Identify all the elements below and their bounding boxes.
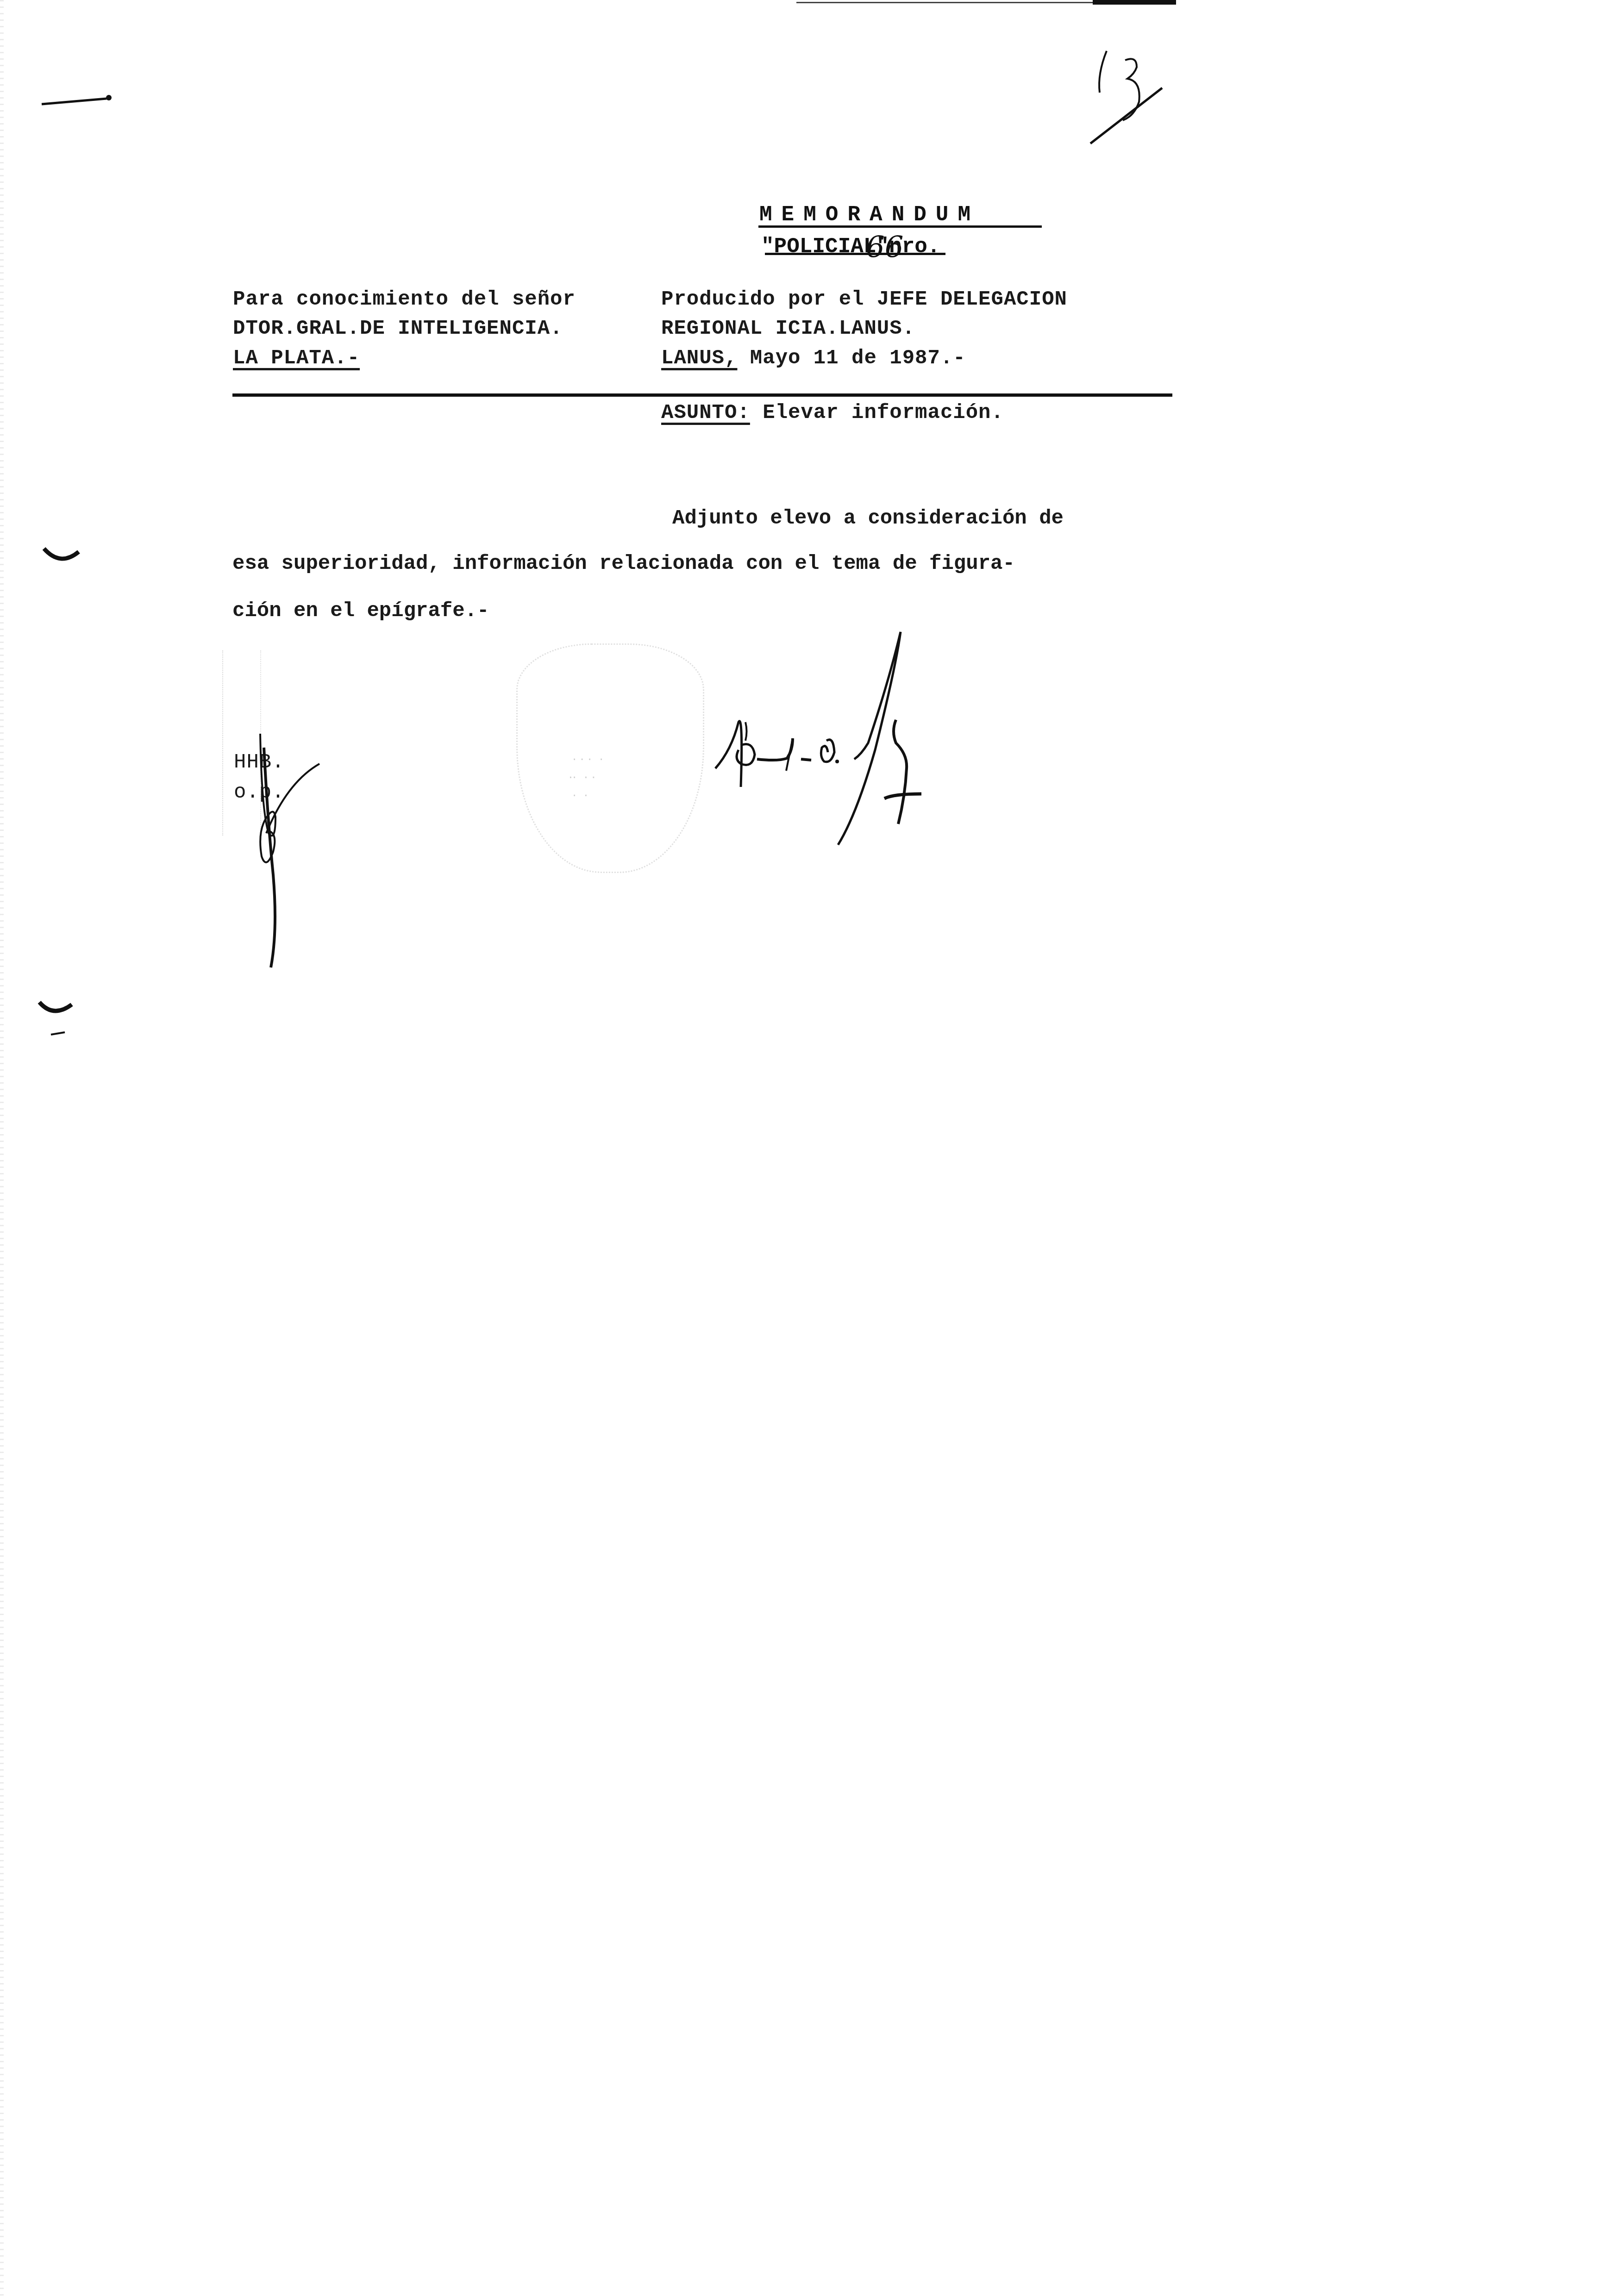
body-line-3: ción en el epígrafe.- xyxy=(232,601,489,621)
recipient-line-1: Para conocimiento del señor xyxy=(233,289,576,310)
punch-hole-mark-lower xyxy=(37,1000,79,1042)
subject-text: Elevar información. xyxy=(750,401,1004,424)
sender-place: LANUS, xyxy=(661,347,737,370)
body-line-2: esa superioridad, información relacionad… xyxy=(232,554,1015,574)
recipient-line-3: LA PLATA.- xyxy=(233,348,360,368)
scan-artifact-bar xyxy=(1093,0,1176,5)
sender-line-1: Producido por el JEFE DELEGACION xyxy=(661,289,1067,310)
scan-artifact-line xyxy=(796,2,1093,3)
margin-dash-mark xyxy=(37,90,120,109)
sender-date: Mayo 11 de 1987.- xyxy=(737,347,965,370)
recipient-line-2: DTOR.GRAL.DE INTELIGENCIA. xyxy=(233,318,563,339)
seal-faint-text: . . . . .. . . . . xyxy=(565,748,603,802)
sender-line-3: LANUS, Mayo 11 de 1987.- xyxy=(661,348,966,368)
sender-line-2: REGIONAL ICIA.LANUS. xyxy=(661,318,915,339)
header-divider xyxy=(232,393,1172,397)
memo-subtitle: "POLICIAL"nro. xyxy=(761,235,940,259)
scan-edge xyxy=(0,0,4,2296)
title-underline xyxy=(758,225,1042,228)
handwritten-page-number xyxy=(1088,46,1181,148)
memo-title: MEMORANDUM xyxy=(759,203,980,227)
document-page: 13 MEMORANDUM "POLICIAL"nro. 66 Para con… xyxy=(0,0,1615,2296)
punch-hole-mark-upper xyxy=(42,546,83,569)
subject-label: ASUNTO: xyxy=(661,401,750,424)
subtitle-underline xyxy=(765,253,945,255)
memo-number-handwritten: 66 xyxy=(866,231,903,265)
official-seal xyxy=(516,643,704,873)
initials-scribble xyxy=(232,727,352,986)
body-line-1: Adjunto elevo a consideración de xyxy=(672,508,1064,529)
handwritten-signature xyxy=(708,620,1134,861)
subject-line: ASUNTO: Elevar información. xyxy=(661,403,1004,423)
